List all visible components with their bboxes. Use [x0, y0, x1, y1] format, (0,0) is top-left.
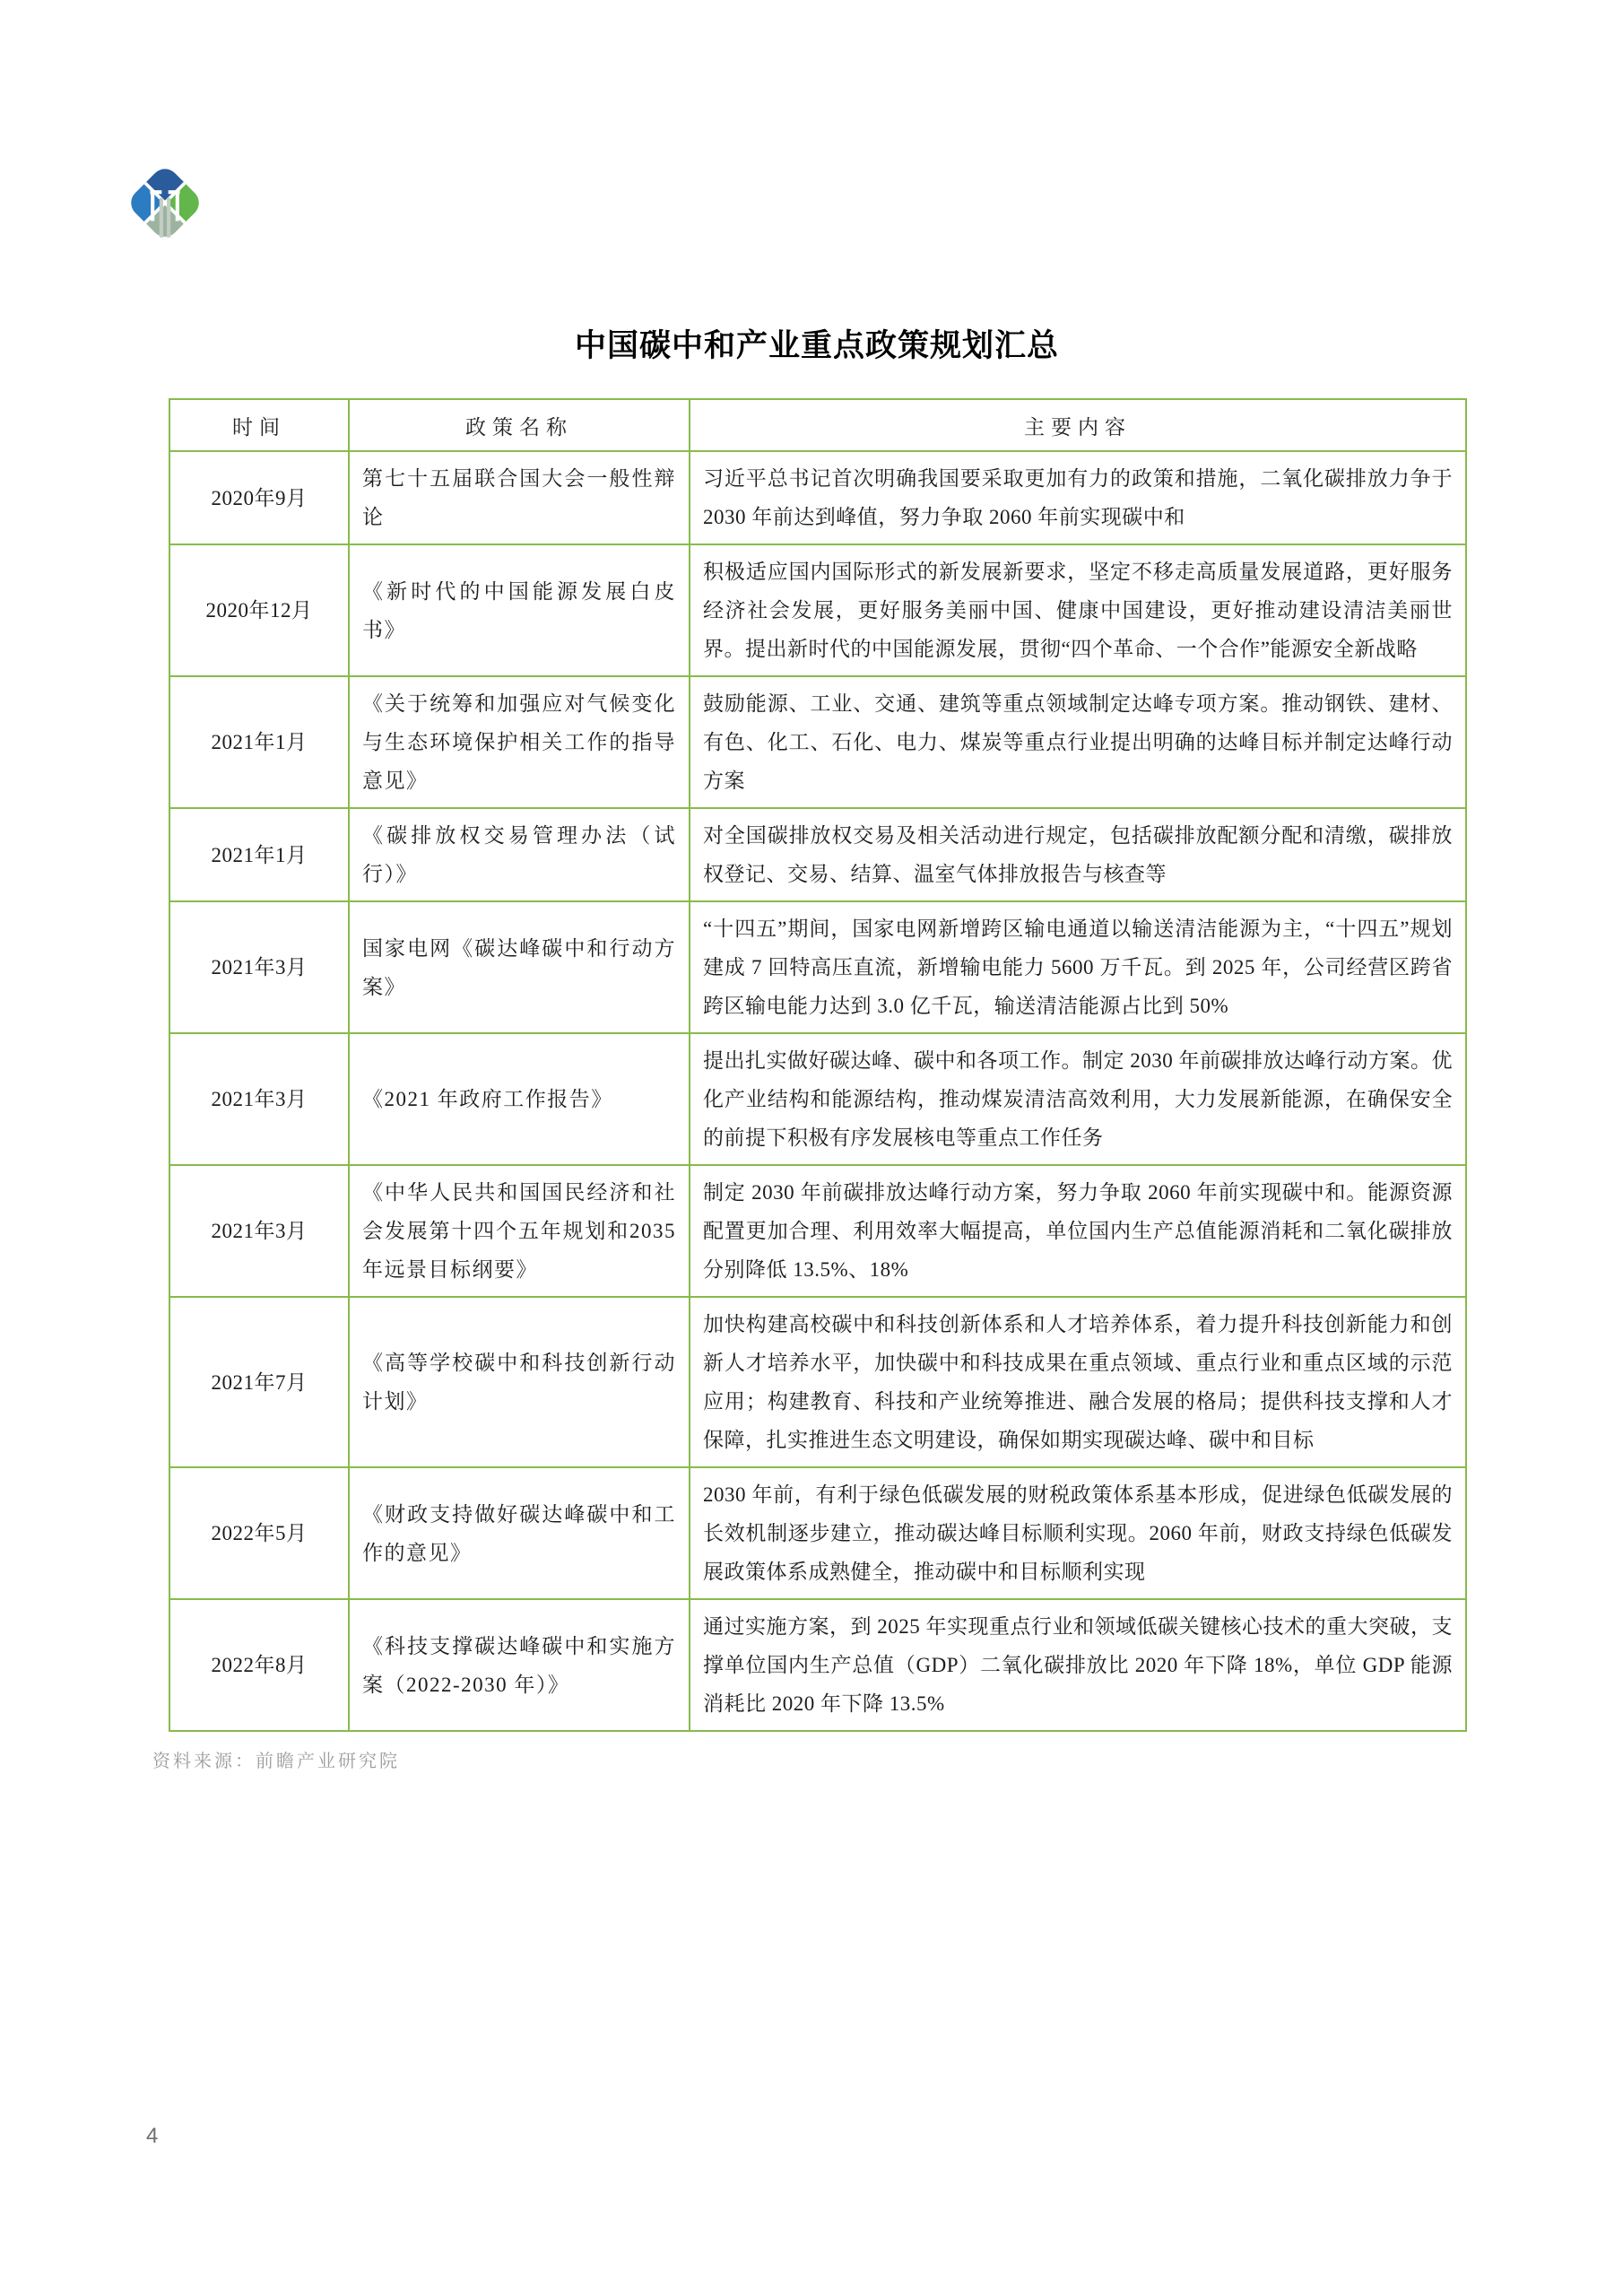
table-row: 2020年9月 第七十五届联合国大会一般性辩论 习近平总书记首次明确我国要采取更… [169, 451, 1466, 544]
cell-time: 2021年7月 [169, 1297, 349, 1467]
cell-content: 制定 2030 年前碳排放达峰行动方案，努力争取 2060 年前实现碳中和。能源… [690, 1165, 1466, 1297]
table-row: 2021年7月 《高等学校碳中和科技创新行动计划》 加快构建高校碳中和科技创新体… [169, 1297, 1466, 1467]
table-row: 2021年3月 国家电网《碳达峰碳中和行动方案》 “十四五”期间，国家电网新增跨… [169, 901, 1466, 1033]
col-header-time: 时间 [169, 399, 349, 451]
cell-content: 鼓励能源、工业、交通、建筑等重点领域制定达峰专项方案。推动钢铁、建材、有色、化工… [690, 676, 1466, 808]
table-row: 2020年12月 《新时代的中国能源发展白皮书》 积极适应国内国际形式的新发展新… [169, 544, 1466, 676]
cell-content: 2030 年前，有利于绿色低碳发展的财税政策体系基本形成，促进绿色低碳发展的长效… [690, 1467, 1466, 1599]
cell-policy: 《高等学校碳中和科技创新行动计划》 [349, 1297, 690, 1467]
page-title: 中国碳中和产业重点政策规划汇总 [169, 321, 1465, 366]
cell-policy: 第七十五届联合国大会一般性辩论 [349, 451, 690, 544]
cell-content: 通过实施方案，到 2025 年实现重点行业和领域低碳关键核心技术的重大突破，支撑… [690, 1599, 1466, 1731]
content-area: 时间 政策名称 主要内容 2020年9月 第七十五届联合国大会一般性辩论 习近平… [169, 398, 1465, 1772]
cell-time: 2022年8月 [169, 1599, 349, 1731]
cell-content: 提出扎实做好碳达峰、碳中和各项工作。制定 2030 年前碳排放达峰行动方案。优化… [690, 1033, 1466, 1165]
cell-policy: 《科技支撑碳达峰碳中和实施方案（2022-2030 年）》 [349, 1599, 690, 1731]
table-row: 2021年1月 《关于统筹和加强应对气候变化与生态环境保护相关工作的指导意见》 … [169, 676, 1466, 808]
table-header-row: 时间 政策名称 主要内容 [169, 399, 1466, 451]
table-row: 2021年3月 《中华人民共和国国民经济和社会发展第十四个五年规划和2035年远… [169, 1165, 1466, 1297]
cell-policy: 《新时代的中国能源发展白皮书》 [349, 544, 690, 676]
table-row: 2022年8月 《科技支撑碳达峰碳中和实施方案（2022-2030 年）》 通过… [169, 1599, 1466, 1731]
cell-policy: 国家电网《碳达峰碳中和行动方案》 [349, 901, 690, 1033]
cell-policy: 《财政支持做好碳达峰碳中和工作的意见》 [349, 1467, 690, 1599]
cell-policy: 《关于统筹和加强应对气候变化与生态环境保护相关工作的指导意见》 [349, 676, 690, 808]
qianzhan-logo-icon [124, 161, 206, 248]
policy-table: 时间 政策名称 主要内容 2020年9月 第七十五届联合国大会一般性辩论 习近平… [169, 398, 1467, 1732]
cell-content: 习近平总书记首次明确我国要采取更加有力的政策和措施，二氧化碳排放力争于 2030… [690, 451, 1466, 544]
cell-content: 加快构建高校碳中和科技创新体系和人才培养体系，着力提升科技创新能力和创新人才培养… [690, 1297, 1466, 1467]
cell-content: 对全国碳排放权交易及相关活动进行规定，包括碳排放配额分配和清缴，碳排放权登记、交… [690, 808, 1466, 901]
company-logo [124, 161, 206, 248]
cell-time: 2021年1月 [169, 676, 349, 808]
table-row: 2022年5月 《财政支持做好碳达峰碳中和工作的意见》 2030 年前，有利于绿… [169, 1467, 1466, 1599]
cell-time: 2021年3月 [169, 1033, 349, 1165]
source-note: 资料来源：前瞻产业研究院 [152, 1746, 1465, 1772]
cell-time: 2021年3月 [169, 901, 349, 1033]
cell-policy: 《2021 年政府工作报告》 [349, 1033, 690, 1165]
cell-policy: 《碳排放权交易管理办法（试行）》 [349, 808, 690, 901]
cell-time: 2021年1月 [169, 808, 349, 901]
document-page: 中国碳中和产业重点政策规划汇总 时间 政策名称 主要内容 2020年9月 第七十… [0, 0, 1623, 2296]
table-row: 2021年1月 《碳排放权交易管理办法（试行）》 对全国碳排放权交易及相关活动进… [169, 808, 1466, 901]
cell-time: 2022年5月 [169, 1467, 349, 1599]
cell-time: 2020年9月 [169, 451, 349, 544]
page-number: 4 [146, 2124, 158, 2149]
col-header-policy: 政策名称 [349, 399, 690, 451]
cell-time: 2020年12月 [169, 544, 349, 676]
cell-content: 积极适应国内国际形式的新发展新要求，坚定不移走高质量发展道路，更好服务经济社会发… [690, 544, 1466, 676]
cell-time: 2021年3月 [169, 1165, 349, 1297]
cell-policy: 《中华人民共和国国民经济和社会发展第十四个五年规划和2035年远景目标纲要》 [349, 1165, 690, 1297]
col-header-content: 主要内容 [690, 399, 1466, 451]
table-row: 2021年3月 《2021 年政府工作报告》 提出扎实做好碳达峰、碳中和各项工作… [169, 1033, 1466, 1165]
cell-content: “十四五”期间，国家电网新增跨区输电通道以输送清洁能源为主，“十四五”规划建成 … [690, 901, 1466, 1033]
